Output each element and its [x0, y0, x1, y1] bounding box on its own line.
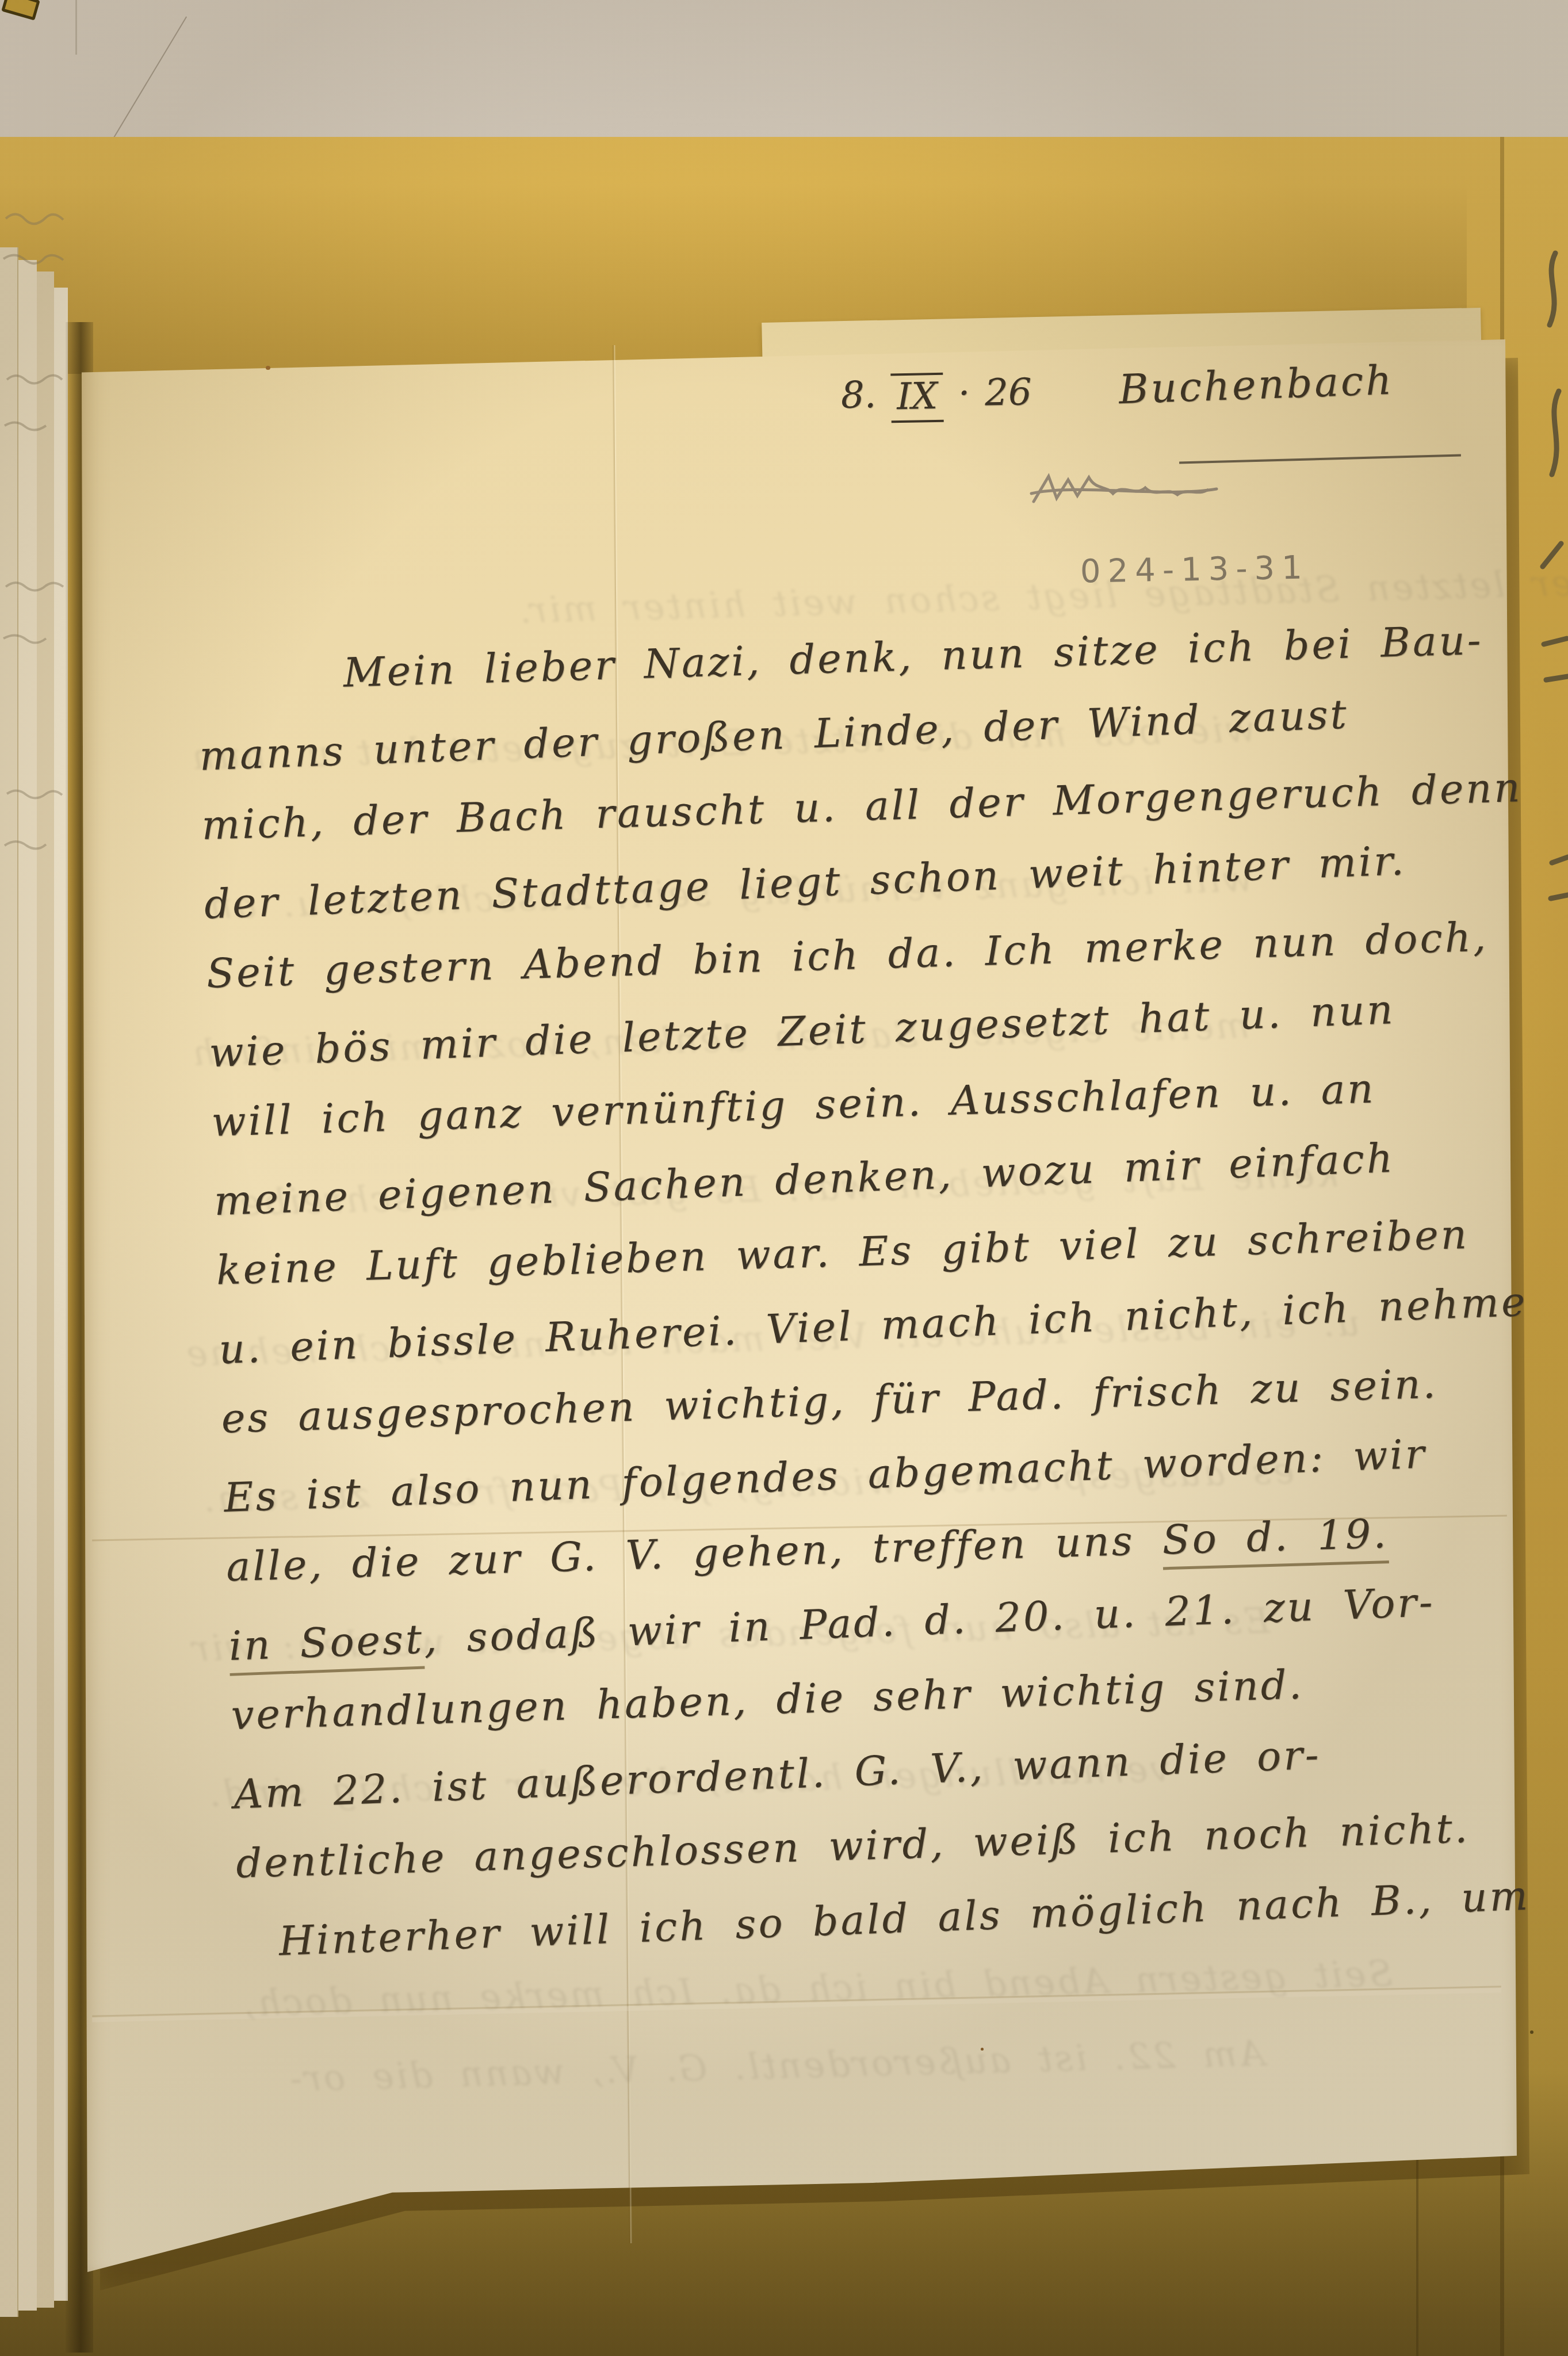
date-month-roman: IX: [890, 373, 943, 423]
reference-number: 024-13-31: [1080, 549, 1309, 591]
date-day: 8.: [840, 374, 876, 417]
date-separator: ·: [958, 372, 970, 415]
archival-letter-photo: der letzten Stadttage liegt schon weit h…: [0, 0, 1568, 2356]
underlined-handwriting: So d. 19.: [1161, 1510, 1389, 1570]
underlined-handwriting: in Soest: [228, 1616, 424, 1676]
letter-date: 8. IX · 26: [840, 371, 1032, 424]
foxing-spot: [1530, 2030, 1533, 2034]
foxing-spot: [266, 366, 270, 370]
folder-edge-writing: [1532, 242, 1568, 989]
table-edge-line: [75, 0, 77, 55]
handwriting-segment: alle, die zur G. V. gehen, treffen uns: [225, 1516, 1163, 1590]
letter-place: Buchenbach: [1118, 357, 1395, 414]
pencil-scribble: [1027, 460, 1222, 518]
letter-body: Mein lieber Nazi, denk, nun sitze ich be…: [161, 600, 1545, 1979]
stack-handwriting-traces: [0, 184, 69, 989]
date-year: 26: [984, 371, 1032, 414]
